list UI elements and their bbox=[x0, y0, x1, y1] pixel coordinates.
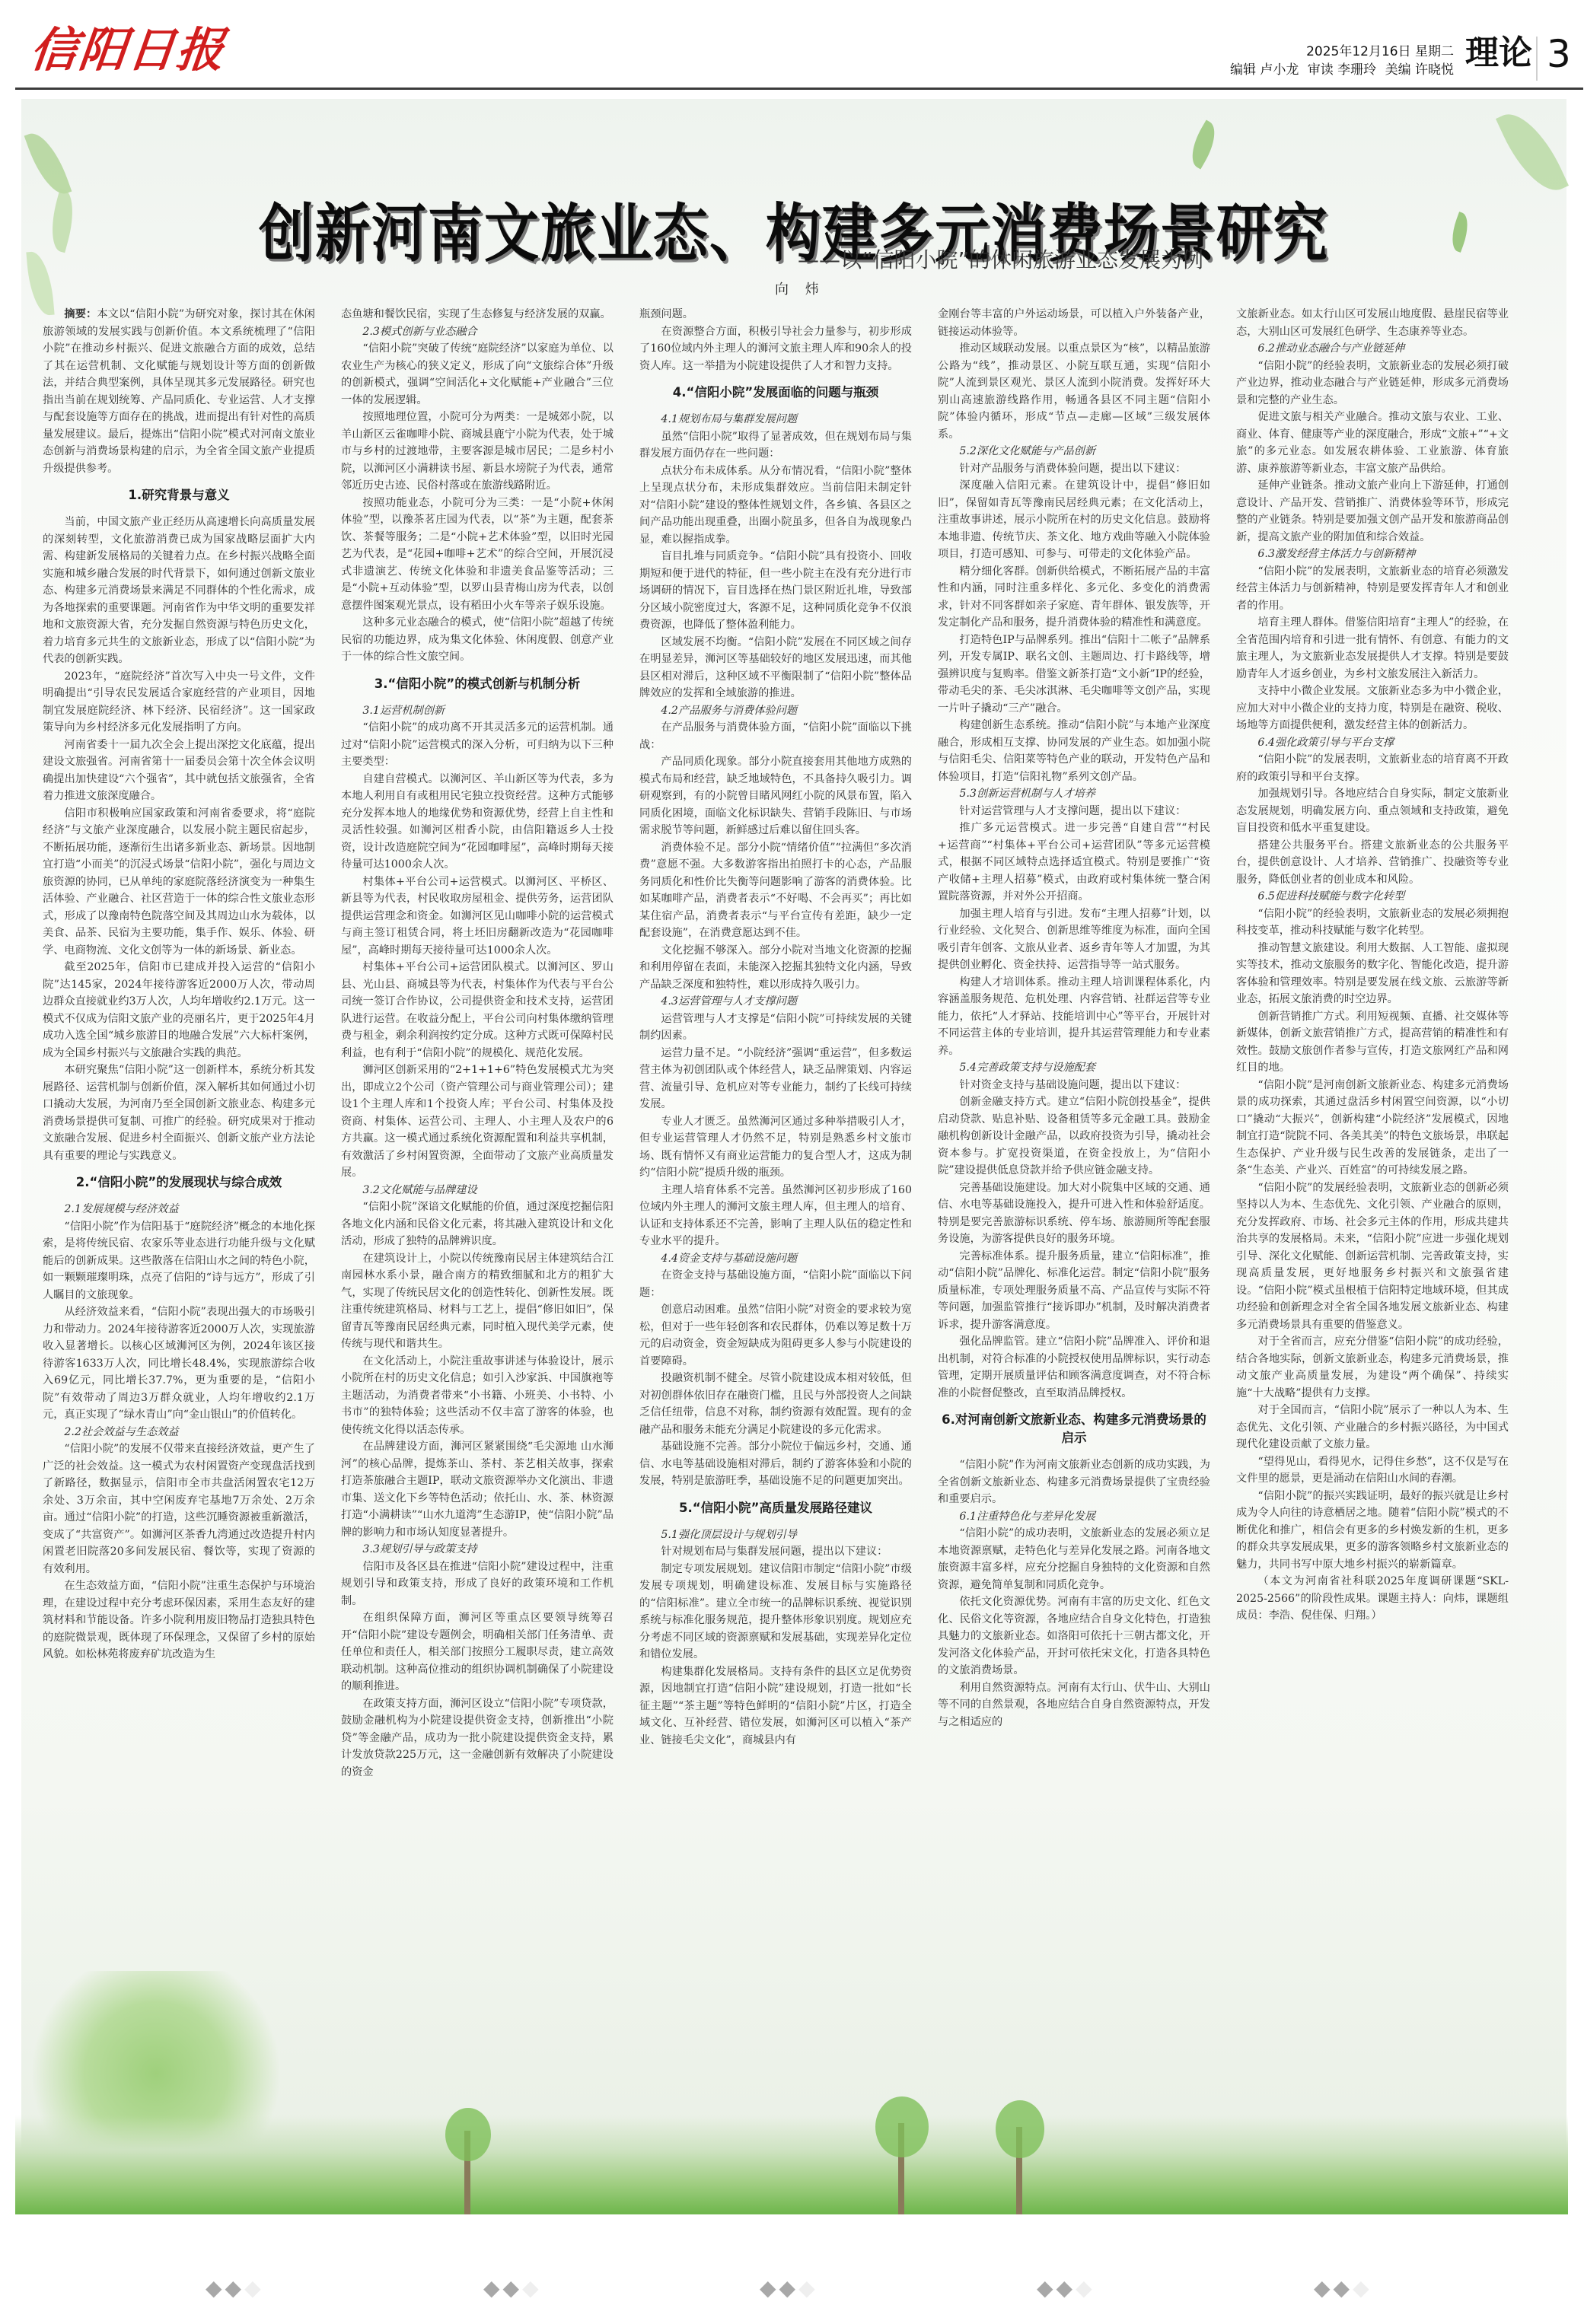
subsection-heading: 4.4资金支持与基础设施问题 bbox=[639, 1250, 912, 1268]
subsection-heading: 6.4强化政策引导与平台支撑 bbox=[1236, 734, 1509, 752]
body-paragraph: 点状分布未成体系。从分布情况看，“信阳小院”整体上呈现点状分布，未形成集群效应。… bbox=[639, 463, 912, 549]
article-author: 向 炜 bbox=[775, 279, 825, 298]
body-paragraph: 信阳市积极响应国家政策和河南省委要求，将“庭院经济”与文旅产业深度融合，以发展小… bbox=[43, 805, 315, 960]
body-paragraph: 截至2025年，信阳市已建成并投入运营的“信阳小院”达145家，2024年接待游… bbox=[43, 959, 315, 1062]
body-paragraph: 在政策支持方面，浉河区设立“信阳小院”专项贷款，鼓励金融机构为小院建设提供资金支… bbox=[341, 1695, 614, 1781]
body-paragraph: 在建筑设计上，小院以传统豫南民居主体建筑结合江南园林水系小景，融合南方的精致细腻… bbox=[341, 1250, 614, 1353]
body-paragraph: 完善基础设施建设。加大对小院集中区域的交通、通信、水电等基础设施投入，提升可进入… bbox=[938, 1180, 1210, 1248]
paragraph-continued: 文旅新业态。如太行山区可发展山地度假、悬崖民宿等业态，大别山区可发展红色研学、生… bbox=[1236, 306, 1509, 340]
body-paragraph: 这种多元业态融合的模式，使“信阳小院”超越了传统民宿的功能边界，成为集文化体验、… bbox=[341, 614, 614, 666]
body-paragraph: 2023年，“庭院经济”首次写入中央一号文件，文件明确提出“引导农民发展适合家庭… bbox=[43, 668, 315, 737]
body-paragraph: 信阳市及各区县在推进“信阳小院”建设过程中，注重规划引导和政策支持，形成了良好的… bbox=[341, 1558, 614, 1610]
body-paragraph: 按照功能业态，小院可分为三类：一是“小院+休闲体验”型，以豫茶茗庄园为代表，以“… bbox=[341, 495, 614, 615]
page-number: 3 bbox=[1547, 35, 1571, 73]
body-paragraph: 在组织保障方面，浉河区等重点区要领导统筹召开“信阳小院”建设专题例会，明确相关部… bbox=[341, 1609, 614, 1695]
tree-crown-icon bbox=[445, 2108, 491, 2161]
body-paragraph: 创新营销推广方式。利用短视频、直播、社交媒体等新媒体，创新文旅营销推广方式，提高… bbox=[1236, 1008, 1509, 1077]
body-paragraph: “信阳小院”的振兴实践证明，最好的振兴就是让乡村成为令人向往的诗意栖居之地。随着… bbox=[1236, 1488, 1509, 1574]
body-paragraph: 完善标准体系。提升服务质量，建立“信阳标准”，推动“信阳小院”品牌化、标准化运营… bbox=[938, 1248, 1210, 1334]
subsection-heading: 6.3激发经营主体活力与创新精神 bbox=[1236, 546, 1509, 563]
body-paragraph: 在资金支持与基础设施方面，“信阳小院”面临以下问题： bbox=[639, 1267, 912, 1301]
column-4: 金刚台等丰富的户外运动场景，可以植入户外装备产业，链接运动体验等。推动区域联动发… bbox=[938, 306, 1210, 2201]
column-3: 瓶颈问题。在资源整合方面，积极引导社会力量参与，初步形成了160位域内外主理人的… bbox=[639, 306, 912, 2201]
body-paragraph: 延伸产业链条。推动文旅产业向上下游延伸，打通创意设计、产品开发、营销推广、消费体… bbox=[1236, 477, 1509, 546]
abstract-text: 本文以“信阳小院”为研究对象，探讨其在休闲旅游领域的发展实践与创新价值。本文系统… bbox=[43, 308, 315, 475]
section-heading: 1.研究背景与意义 bbox=[43, 486, 315, 505]
masthead: 信阳日报 2025年12月16日 星期二 编辑 卢小龙 审读 李珊玲 美编 许晓… bbox=[15, 15, 1569, 88]
body-paragraph: 支持中小微企业发展。文旅新业态多为中小微企业，应加大对中小微企业的支持力度，特别… bbox=[1236, 683, 1509, 734]
body-paragraph: 培育主理人群体。借鉴信阳培育“主理人”的经验，在全省范围内培育和引进一批有情怀、… bbox=[1236, 614, 1509, 683]
reviewer-credit: 审读 李珊玲 bbox=[1308, 62, 1376, 78]
body-paragraph: 自建自营模式。以浉河区、羊山新区等为代表，多为本地人利用自有或租用民宅独立投资经… bbox=[341, 771, 614, 874]
body-paragraph: “信阳小院”的经验表明，文旅新业态的发展必须打破产业边界，推动业态融合与产业链延… bbox=[1236, 358, 1509, 409]
body-paragraph: 深度融入信阳元素。在建筑设计中，提倡“修旧如旧”，保留如青瓦等豫南民居经典元素；… bbox=[938, 477, 1210, 563]
page-separator bbox=[1536, 37, 1538, 81]
body-paragraph: 对于全省而言，应充分借鉴“信阳小院”的成功经验，结合各地实际，创新文旅新业态，构… bbox=[1236, 1333, 1509, 1402]
body-paragraph: 加强主理人培育与引进。发布“主理人招募”计划，以行业经验、文化契合、创新思维等维… bbox=[938, 906, 1210, 974]
body-paragraph: 对于全国而言，“信阳小院”展示了一种以人为本、生态优先、文化引领、产业融合的乡村… bbox=[1236, 1402, 1509, 1453]
section-heading: 4.“信阳小院”发展面临的问题与瓶颈 bbox=[639, 384, 912, 402]
body-paragraph: 构建人才培训体系。推动主理人培训课程体系化，内容涵盖服务规范、危机处理、内容营销… bbox=[938, 974, 1210, 1060]
footer-ornament-icon: ◆◆◆ bbox=[1037, 2275, 1095, 2300]
body-paragraph: 河南省委十一届九次全会上提出深挖文化底蕴，提出建设文旅强省。河南省第十一届委员会… bbox=[43, 737, 315, 805]
body-paragraph: 主理人培育体系不完善。虽然浉河区初步形成了160位域内外主理人的浉河文旅主理人库… bbox=[639, 1182, 912, 1250]
body-paragraph: “信阳小院”的发展经验表明，文旅新业态的创新必须坚持以人为本、生态优先、文化引领… bbox=[1236, 1180, 1509, 1334]
section-name: 理论 bbox=[1465, 37, 1532, 70]
subsection-heading: 6.1注重特色化与差异化发展 bbox=[938, 1508, 1210, 1526]
subsection-heading: 6.2推动业态融合与产业链延伸 bbox=[1236, 340, 1509, 358]
footer-ornament-icon: ◆◆◆ bbox=[760, 2275, 818, 2300]
body-paragraph: 构建创新生态系统。推动“信阳小院”与本地产业深度融合，形成相互支撑、协同发展的产… bbox=[938, 717, 1210, 785]
article: 创新河南文旅业态、构建多元消费场景研究 ——以“信阳小院”的休闲旅游业态发展为例… bbox=[21, 99, 1566, 2214]
body-paragraph: 当前，中国文旅产业正经历从高速增长向高质量发展的深刻转型，文化旅游消费已成为国家… bbox=[43, 514, 315, 668]
paragraph-continued: 瓶颈问题。 bbox=[639, 306, 912, 323]
body-paragraph: 运营力量不足。“小院经济”强调“重运营”，但多数运营主体为初创团队或个体经营人，… bbox=[639, 1045, 912, 1113]
leaf-decoration-icon bbox=[1184, 120, 1224, 170]
body-paragraph: 推动智慧文旅建设。利用大数据、人工智能、虚拟现实等技术，推动文旅服务的数字化、智… bbox=[1236, 940, 1509, 1008]
body-paragraph: 本研究聚焦“信阳小院”这一创新样本，系统分析其发展路径、运营机制与创新价值，深入… bbox=[43, 1062, 315, 1164]
body-paragraph: 打造特色IP与品牌系列。推出“信阳十二帐子”品牌系列，开发专属IP、联名文创、主… bbox=[938, 632, 1210, 718]
forest-scenery-banner bbox=[15, 2115, 1568, 2214]
body-paragraph: “信阳小院”的发展不仅带来直接经济效益，更产生了广泛的社会效益。这一模式为农村闲… bbox=[43, 1441, 315, 1577]
body-paragraph: 搭建公共服务平台。搭建文旅新业态的公共服务平台，提供创意设计、人才培养、营销推广… bbox=[1236, 837, 1509, 889]
body-paragraph: 村集体+平台公司+运营团队模式。以浉河区、罗山县、光山县、商城县等为代表，村集体… bbox=[341, 959, 614, 1062]
body-paragraph: “信阳小院”的成功离不开其灵活多元的运营机制。通过对“信阳小院”运营模式的深入分… bbox=[341, 719, 614, 771]
body-paragraph: 加强规划引导。各地应结合自身实际，制定文旅新业态发展规划，明确发展方向、重点领域… bbox=[1236, 785, 1509, 837]
body-paragraph: 在资源整合方面，积极引导社会力量参与，初步形成了160位域内外主理人的浉河文旅主… bbox=[639, 323, 912, 375]
article-title: 创新河南文旅业态、构建多元消费场景研究 bbox=[21, 183, 1566, 274]
body-paragraph: 基础设施不完善。部分小院位于偏远乡村，交通、通信、水电等基础设施相对滞后，制约了… bbox=[639, 1438, 912, 1490]
subsection-heading: 3.3规划引导与政策支持 bbox=[341, 1541, 614, 1558]
body-paragraph: 从经济效益来看，“信阳小院”表现出强大的市场吸引力和带动力。2024年接待游客近… bbox=[43, 1304, 315, 1424]
subsection-heading: 5.3创新运营机制与人才培养 bbox=[938, 785, 1210, 803]
paragraph-continued: 金刚台等丰富的户外运动场景，可以植入户外装备产业，链接运动体验等。 bbox=[938, 306, 1210, 340]
body-paragraph: 按照地理位置，小院可分为两类：一是城郊小院，以羊山新区云雀咖啡小院、商城县鹿宁小… bbox=[341, 409, 614, 495]
body-paragraph: “信阳小院”的经验表明，文旅新业态的发展必须拥抱科技变革，推动科技赋能与数字化转… bbox=[1236, 906, 1509, 940]
article-subtitle: ——以“信阳小院”的休闲旅游业态发展为例 bbox=[798, 244, 1203, 274]
abstract-label: 摘要： bbox=[64, 308, 97, 320]
issue-meta: 2025年12月16日 星期二 编辑 卢小龙 审读 李珊玲 美编 许晓悦 bbox=[1127, 43, 1454, 79]
body-paragraph: 创意启动困难。虽然“信阳小院”对资金的要求较为宽松，但对于一些年轻创客和农民群体… bbox=[639, 1301, 912, 1370]
body-paragraph: “信阳小院”的发展表明，文旅新业态的培育必须激发经营主体活力与创新精神，特别是要… bbox=[1236, 563, 1509, 615]
body-paragraph: 制定专项发展规划。建议信阳市制定“信阳小院”市级发展专项规划，明确建设标准、发展… bbox=[639, 1561, 912, 1663]
newspaper-logo: 信阳日报 bbox=[28, 27, 228, 74]
body-paragraph: “信阳小院”的发展表明，文旅新业态的培育离不开政府的政策引导和平台支撑。 bbox=[1236, 751, 1509, 785]
body-paragraph: 推广多元运营模式。进一步完善“自建自营”“村民+运营商”“村集体+平台公司+运营… bbox=[938, 820, 1210, 906]
section-heading: 6.对河南创新文旅新业态、构建多元消费场景的启示 bbox=[938, 1411, 1210, 1447]
body-paragraph: 专业人才匮乏。虽然浉河区通过多种举措吸引人才，但专业运营管理人才仍然不足，特别是… bbox=[639, 1113, 912, 1182]
subsection-heading: 4.3运营管理与人才支撑问题 bbox=[639, 993, 912, 1011]
body-paragraph: 构建集群化发展格局。支持有条件的县区立足优势资源，因地制宜打造“信阳小院”建设规… bbox=[639, 1663, 912, 1749]
body-paragraph: “信阳小院”是河南创新文旅新业态、构建多元消费场景的成功探索，其通过盘活乡村闲置… bbox=[1236, 1077, 1509, 1180]
body-paragraph: 在产品服务与消费体验方面，“信阳小院”面临以下挑战： bbox=[639, 719, 912, 753]
column-5: 文旅新业态。如太行山区可发展山地度假、悬崖民宿等业态，大别山区可发展红色研学、生… bbox=[1236, 306, 1509, 2201]
section-heading: 3.“信阳小院”的模式创新与机制分析 bbox=[341, 675, 614, 693]
body-paragraph: 虽然“信阳小院”取得了显著成效，但在规划布局与集群发展方面仍存在一些问题： bbox=[639, 428, 912, 463]
body-paragraph: “信阳小院”作为河南文旅新业态创新的成功实践，为全省创新文旅新业态、构建多元消费… bbox=[938, 1456, 1210, 1508]
body-paragraph: 浉河区创新采用的“2+1+1+6”特色发展模式尤为突出，即成立2个公司（资产管理… bbox=[341, 1062, 614, 1182]
body-paragraph: “信阳小院”的成功表明，文旅新业态的发展必须立足本地资源禀赋，走特色化与差异化发… bbox=[938, 1525, 1210, 1593]
editor-credit: 编辑 卢小龙 bbox=[1230, 62, 1299, 78]
body-paragraph: 在生态效益方面，“信阳小院”注重生态保护与环境治理，在建设过程中充分考虑环保因素… bbox=[43, 1577, 315, 1663]
funding-note: （本文为河南省社科联2025年度调研课题“SKL-2025-2566”的阶段性成… bbox=[1236, 1573, 1509, 1625]
body-paragraph: 区域发展不均衡。“信阳小院”发展在不同区域之间存在明显差异，浉河区等基础较好的地… bbox=[639, 634, 912, 702]
body-paragraph: 依托文化资源优势。河南有丰富的历史文化、红色文化、民俗文化等资源，各地应结合自身… bbox=[938, 1593, 1210, 1679]
subsection-heading: 4.2产品服务与消费体验问题 bbox=[639, 702, 912, 720]
body-paragraph: 针对规划布局与集群发展问题，提出以下建议： bbox=[639, 1543, 912, 1561]
subsection-heading: 2.2社会效益与生态效益 bbox=[43, 1424, 315, 1441]
body-paragraph: 在品牌建设方面，浉河区紧紧围绕“毛尖源地 山水浉河”的核心品牌，提炼茶山、茶村、… bbox=[341, 1438, 614, 1541]
footer-ornament-icon: ◆◆◆ bbox=[206, 2275, 264, 2300]
body-paragraph: 创新金融支持方式。建立“信阳小院创投基金”，提供启动贷款、贴息补贴、设备租赁等多… bbox=[938, 1094, 1210, 1180]
body-paragraph: 强化品牌监管。建立“信阳小院”品牌准入、评价和退出机制，对符合标准的小院授权使用… bbox=[938, 1333, 1210, 1402]
tree-crown-icon bbox=[875, 2096, 929, 2157]
body-paragraph: 文化挖掘不够深入。部分小院对当地文化资源的挖掘和利用停留在表面，未能深入挖掘其独… bbox=[639, 942, 912, 994]
subsection-heading: 6.5促进科技赋能与数字化转型 bbox=[1236, 888, 1509, 906]
body-paragraph: 精分细化客群。创新供给模式，不断拓展产品的丰富性和内涵，同时注重多样化、多元化、… bbox=[938, 563, 1210, 632]
body-paragraph: 利用自然资源特点。河南有太行山、伏牛山、大别山等不同的自然景观，各地应结合自身自… bbox=[938, 1679, 1210, 1731]
body-paragraph: 针对产品服务与消费体验问题，提出以下建议： bbox=[938, 460, 1210, 478]
issue-date: 2025年12月16日 星期二 bbox=[1127, 43, 1454, 61]
footer-ornament-icon: ◆◆◆ bbox=[483, 2275, 542, 2300]
designer-credit: 美编 许晓悦 bbox=[1385, 62, 1454, 78]
body-paragraph: “望得见山，看得见水，记得住乡愁”，这不仅是写在文件里的愿景，更是涌动在信阳山水… bbox=[1236, 1453, 1509, 1488]
body-paragraph: 在文化活动上，小院注重故事讲述与体验设计，展示小院所在村的历史文化信息；如引入沙… bbox=[341, 1353, 614, 1439]
subsection-heading: 2.3模式创新与业态融合 bbox=[341, 323, 614, 341]
column-2: 态鱼塘和餐饮民宿，实现了生态修复与经济发展的双赢。2.3模式创新与业态融合“信阳… bbox=[341, 306, 614, 2201]
body-paragraph: 消费体验不足。部分小院“情绪价值”“拉满但“多次消费”意愿不强。大多数游客指出拍… bbox=[639, 839, 912, 942]
subsection-heading: 5.2深化文化赋能与产品创新 bbox=[938, 443, 1210, 460]
section-heading: 5.“信阳小院”高质量发展路径建议 bbox=[639, 1499, 912, 1517]
abstract-paragraph: 摘要：本文以“信阳小院”为研究对象，探讨其在休闲旅游领域的发展实践与创新价值。本… bbox=[43, 306, 315, 477]
column-1: 摘要：本文以“信阳小院”为研究对象，探讨其在休闲旅游领域的发展实践与创新价值。本… bbox=[43, 306, 315, 2201]
body-paragraph: 推动区域联动发展。以重点景区为“核”，以精品旅游公路为“线”，推动景区、小院互联… bbox=[938, 340, 1210, 443]
body-paragraph: 投融资机制不健全。尽管小院建设成本相对较低，但对初创群体依旧存在融资门槛，且民与… bbox=[639, 1370, 912, 1438]
subsection-heading: 4.1规划布局与集群发展问题 bbox=[639, 411, 912, 428]
paragraph-continued: 态鱼塘和餐饮民宿，实现了生态修复与经济发展的双赢。 bbox=[341, 306, 614, 323]
article-columns: 摘要：本文以“信阳小院”为研究对象，探讨其在休闲旅游领域的发展实践与创新价值。本… bbox=[43, 306, 1550, 2201]
section-heading: 2.“信阳小院”的发展现状与综合成效 bbox=[43, 1173, 315, 1192]
body-paragraph: 针对运营管理与人才支撑问题，提出以下建议： bbox=[938, 803, 1210, 820]
body-paragraph: 针对资金支持与基础设施问题，提出以下建议： bbox=[938, 1077, 1210, 1094]
staff-credits: 编辑 卢小龙 审读 李珊玲 美编 许晓悦 bbox=[1225, 62, 1454, 78]
body-paragraph: 促进文旅与相关产业融合。推动文旅与农业、工业、商业、体育、健康等产业的深度融合，… bbox=[1236, 409, 1509, 477]
body-paragraph: “信阳小院”作为信阳基于“庭院经济”概念的本地化探索，是将传统民宿、农家乐等业态… bbox=[43, 1218, 315, 1304]
subsection-heading: 2.1发展规模与经济效益 bbox=[43, 1201, 315, 1218]
body-paragraph: 运营管理与人才支撑是“信阳小院”可持续发展的关键制约因素。 bbox=[639, 1011, 912, 1045]
body-paragraph: “信阳小院”深谙文化赋能的价值，通过深度挖掘信阳各地文化内涵和民俗文化元素，将其… bbox=[341, 1199, 614, 1250]
subsection-heading: 3.1运营机制创新 bbox=[341, 702, 614, 720]
header-rule bbox=[15, 88, 1583, 90]
subsection-heading: 3.2文化赋能与品牌建设 bbox=[341, 1182, 614, 1199]
body-paragraph: “信阳小院”突破了传统“庭院经济”以家庭为单位、以农业生产为核心的狭义定义，形成… bbox=[341, 340, 614, 409]
body-paragraph: 产品同质化现象。部分小院直接套用其他地方成熟的模式布局和经营，缺乏地域特色，不具… bbox=[639, 753, 912, 839]
tree-crown-icon bbox=[996, 2100, 1044, 2158]
body-paragraph: 村集体+平台公司+运营模式。以浉河区、平桥区、新县等为代表，村民收取房屋租金、提… bbox=[341, 874, 614, 960]
body-paragraph: 盲目扎堆与同质竞争。“信阳小院”具有投资小、回收期短和便于进代的特征，但一些小院… bbox=[639, 548, 912, 634]
subsection-heading: 5.1强化顶层设计与规划引导 bbox=[639, 1527, 912, 1544]
subsection-heading: 5.4完善政策支持与设施配套 bbox=[938, 1059, 1210, 1077]
footer-ornament-icon: ◆◆◆ bbox=[1314, 2275, 1372, 2300]
